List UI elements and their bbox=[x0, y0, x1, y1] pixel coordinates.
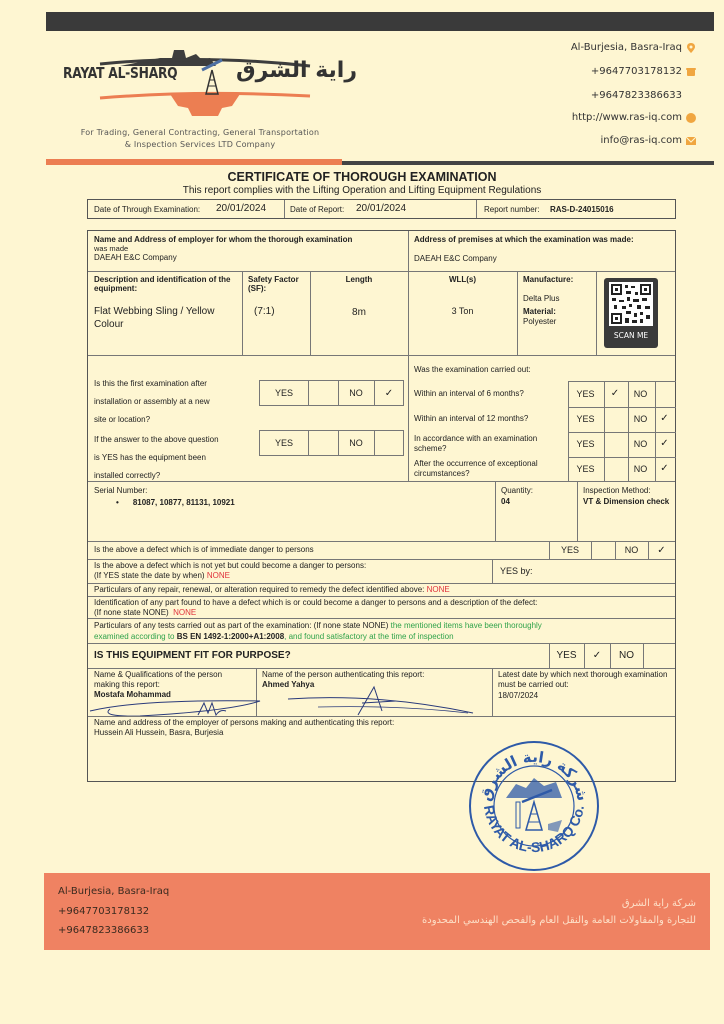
no-label: NO bbox=[610, 643, 643, 668]
ident-value: NONE bbox=[173, 608, 196, 617]
tagline-line-1: For Trading, General Contracting, Genera… bbox=[50, 128, 350, 137]
footer-tagline-ar: للتجارة والمقاولات العامة والنقل العام و… bbox=[422, 915, 696, 926]
no-label: NO bbox=[338, 431, 374, 455]
serial-label: Serial Number: bbox=[94, 486, 147, 495]
authenticator-label: Name of the person authenticating this r… bbox=[262, 670, 424, 679]
exam-carried-yes-checkbox[interactable] bbox=[603, 431, 627, 456]
equipment-desc-value: Flat Webbing Sling / Yellow Colour bbox=[94, 305, 239, 331]
footer-phone-2: +9647823386633 bbox=[58, 925, 149, 936]
serial-value: •81087, 10877, 81131, 10921 bbox=[116, 498, 235, 507]
immediate-danger-question: Is the above a defect which is of immedi… bbox=[94, 545, 314, 554]
repair-value: NONE bbox=[427, 585, 450, 594]
footer-company-ar: شركة راية الشرق bbox=[622, 898, 696, 909]
yes-label: YES bbox=[568, 431, 603, 456]
exam-carried-question: In accordance with an examination scheme… bbox=[414, 431, 564, 456]
future-danger-q-line-2: (If YES state the date by when) bbox=[94, 571, 205, 580]
equipment-desc-label: Description and identification of the eq… bbox=[94, 275, 239, 293]
contact-phone-1[interactable]: +9647703178132 bbox=[591, 66, 696, 77]
company-name-en: RAYAT AL-SHARQ bbox=[63, 64, 177, 82]
phone-icon bbox=[686, 67, 696, 77]
contact-email-text: info@ras-iq.com bbox=[601, 135, 682, 146]
first-exam-question: Is this the first examination after inst… bbox=[94, 375, 210, 429]
company-stamp: شركة راية الشرق RAYAT AL-SHARQ Co. bbox=[466, 738, 602, 874]
exam-carried-no-checkbox[interactable]: ✓ bbox=[654, 431, 675, 456]
yes-label: YES bbox=[549, 541, 591, 559]
ident-q-line-1: Identification of any part found to have… bbox=[94, 598, 537, 608]
first-exam-yes-no: YES NO ✓ bbox=[259, 380, 404, 406]
employer-label: Name and Address of employer for whom th… bbox=[94, 235, 352, 244]
exam-carried-question: After the occurrence of exceptional circ… bbox=[414, 456, 564, 481]
installed-correctly-question: If the answer to the above question is Y… bbox=[94, 431, 219, 485]
report-employer-value: Hussein Ali Hussein, Basra, Burjesia bbox=[94, 728, 223, 737]
tagline-line-2: & Inspection Services LTD Company bbox=[50, 140, 350, 149]
location-pin-icon bbox=[686, 43, 696, 53]
qr-code-icon bbox=[609, 282, 653, 326]
footer-address: Al-Burjesia, Basra-Iraq bbox=[58, 886, 169, 897]
yes-label: YES bbox=[568, 381, 603, 406]
contact-email[interactable]: info@ras-iq.com bbox=[601, 135, 696, 146]
no-label: NO bbox=[627, 456, 654, 481]
premises-label: Address of premises at which the examina… bbox=[414, 235, 634, 244]
header-separator-dark bbox=[342, 161, 714, 165]
date-exam-label: Date of Through Examination: bbox=[94, 205, 200, 214]
no-label: NO bbox=[615, 541, 648, 559]
installed-q-line-1: If the answer to the above question bbox=[94, 431, 219, 449]
length-label: Length bbox=[310, 275, 408, 284]
inspection-method-label: Inspection Method: bbox=[583, 486, 651, 495]
next-exam-label: Latest date by which next thorough exami… bbox=[498, 670, 673, 690]
yes-label: YES bbox=[260, 381, 308, 405]
wll-label: WLL(s) bbox=[408, 275, 517, 284]
ident-q-line-2: (If none state NONE) bbox=[94, 608, 169, 617]
quantity-label: Quantity: bbox=[501, 486, 533, 495]
qr-scan-label: SCAN ME bbox=[604, 331, 658, 340]
exam-carried-no-checkbox[interactable]: ✓ bbox=[654, 406, 675, 431]
envelope-icon bbox=[686, 136, 696, 146]
tests-particulars: Particulars of any tests carried out as … bbox=[94, 620, 672, 642]
contact-phone-1-text: +9647703178132 bbox=[591, 66, 682, 77]
tests-value-a: the mentioned items have been thoroughly bbox=[391, 621, 542, 630]
exam-carried-question: Within an interval of 12 months? bbox=[414, 406, 564, 431]
yes-label: YES bbox=[568, 456, 603, 481]
no-label: NO bbox=[627, 381, 654, 406]
authenticator-signature bbox=[278, 683, 478, 717]
tests-standard: BS EN 1492-1:2000+A1:2008 bbox=[177, 632, 284, 641]
contact-address-text: Al-Burjesia, Basra-Iraq bbox=[571, 42, 682, 53]
no-label: NO bbox=[338, 381, 374, 405]
future-danger-question: Is the above a defect which is not yet b… bbox=[94, 561, 366, 581]
maker-signature bbox=[80, 691, 270, 719]
immediate-danger-no-checkbox[interactable]: ✓ bbox=[648, 541, 675, 559]
dates-row: Date of Through Examination: 20/01/2024 … bbox=[87, 199, 676, 219]
examination-form: Name and Address of employer for whom th… bbox=[87, 230, 676, 782]
first-exam-q-line-3: site or location? bbox=[94, 411, 210, 429]
certificate-title: CERTIFICATE OF THOROUGH EXAMINATION bbox=[0, 170, 724, 184]
exam-carried-yes-checkbox[interactable] bbox=[603, 406, 627, 431]
contact-address: Al-Burjesia, Basra-Iraq bbox=[571, 42, 696, 53]
company-name-ar: راية الشرق bbox=[236, 58, 357, 83]
certificate-subtitle: This report complies with the Lifting Op… bbox=[0, 185, 724, 196]
report-number-label: Report number: bbox=[484, 205, 540, 214]
maker-label: Name & Qualifications of the person maki… bbox=[94, 670, 244, 690]
safety-factor-label: Safety Factor (SF): bbox=[248, 275, 308, 293]
yes-label: YES bbox=[568, 406, 603, 431]
first-exam-yes-checkbox[interactable] bbox=[308, 381, 338, 405]
exam-carried-heading: Was the examination carried out: bbox=[414, 365, 531, 374]
tests-value-b: examined according to bbox=[94, 632, 175, 641]
defect-identification-question: Identification of any part found to have… bbox=[94, 598, 537, 618]
repair-question: Particulars of any repair, renewal, or a… bbox=[94, 585, 450, 594]
date-exam-value: 20/01/2024 bbox=[216, 203, 266, 214]
premises-value: DAEAH E&C Company bbox=[414, 254, 497, 263]
bullet: • bbox=[116, 498, 119, 507]
report-number-value: RAS-D-24015016 bbox=[550, 205, 614, 214]
footer-phone-1: +9647703178132 bbox=[58, 906, 149, 917]
manufacture-value: Delta Plus bbox=[523, 294, 559, 303]
future-danger-value: NONE bbox=[207, 571, 230, 580]
report-employer-label: Name and address of the employer of pers… bbox=[94, 718, 394, 727]
date-report-value: 20/01/2024 bbox=[356, 203, 406, 214]
manufacture-label: Manufacture: bbox=[523, 275, 573, 284]
material-label: Material: bbox=[523, 307, 556, 316]
safety-factor-value: (7:1) bbox=[254, 306, 275, 317]
first-exam-q-line-1: Is this the first examination after bbox=[94, 375, 210, 393]
fit-for-purpose-question: IS THIS EQUIPMENT FIT FOR PURPOSE? bbox=[94, 650, 291, 661]
contact-website[interactable]: http://www.ras-iq.com bbox=[572, 112, 696, 123]
exam-carried-question: Within an interval of 6 months? bbox=[414, 381, 564, 406]
qr-code[interactable]: SCAN ME bbox=[604, 278, 658, 348]
fit-yes-checkbox[interactable]: ✓ bbox=[584, 643, 610, 668]
wll-value: 3 Ton bbox=[408, 306, 517, 316]
length-value: 8m bbox=[310, 307, 408, 318]
installed-correctly-yes-no: YES NO bbox=[259, 430, 404, 456]
future-danger-q-line-1: Is the above a defect which is not yet b… bbox=[94, 561, 366, 571]
date-report-label: Date of Report: bbox=[290, 205, 344, 214]
exam-carried-yes-checkbox[interactable]: ✓ bbox=[603, 381, 627, 406]
no-label: NO bbox=[627, 406, 654, 431]
inspection-method-value: VT & Dimension check bbox=[583, 497, 671, 507]
exam-carried-no-checkbox[interactable]: ✓ bbox=[654, 456, 675, 481]
no-label: NO bbox=[627, 431, 654, 456]
exam-carried-no-checkbox[interactable] bbox=[654, 381, 675, 406]
contact-phone-2-text: +9647823386633 bbox=[591, 90, 682, 101]
first-exam-no-checkbox[interactable]: ✓ bbox=[374, 381, 404, 405]
contact-website-text: http://www.ras-iq.com bbox=[572, 112, 682, 123]
installed-q-line-3: installed correctly? bbox=[94, 467, 219, 485]
yes-label: YES bbox=[549, 643, 584, 668]
exam-carried-yes-checkbox[interactable] bbox=[603, 456, 627, 481]
first-exam-q-line-2: installation or assembly at a new bbox=[94, 393, 210, 411]
yes-label: YES bbox=[260, 431, 308, 455]
installed-no-checkbox[interactable] bbox=[374, 431, 404, 455]
tests-question: Particulars of any tests carried out as … bbox=[94, 621, 388, 630]
employer-value: DAEAH E&C Company bbox=[94, 253, 177, 262]
installed-yes-checkbox[interactable] bbox=[308, 431, 338, 455]
material-value: Polyester bbox=[523, 317, 556, 326]
header-separator-orange bbox=[46, 159, 342, 165]
contact-phone-2[interactable]: +9647823386633 bbox=[591, 90, 682, 101]
globe-icon bbox=[686, 113, 696, 123]
installed-q-line-2: is YES has the equipment been bbox=[94, 449, 219, 467]
tests-value-c: , and found satisfactory at the time of … bbox=[284, 632, 453, 641]
yes-by-label: YES by: bbox=[500, 566, 533, 576]
header-top-bar bbox=[46, 12, 714, 31]
fit-no-checkbox[interactable] bbox=[643, 643, 675, 668]
next-exam-date: 18/07/2024 bbox=[498, 691, 538, 700]
repair-question-text: Particulars of any repair, renewal, or a… bbox=[94, 585, 424, 594]
immediate-danger-yes-checkbox[interactable] bbox=[591, 541, 615, 559]
serial-numbers: 81087, 10877, 81131, 10921 bbox=[133, 498, 235, 507]
employer-label-cont: was made bbox=[94, 244, 128, 253]
quantity-value: 04 bbox=[501, 497, 510, 506]
